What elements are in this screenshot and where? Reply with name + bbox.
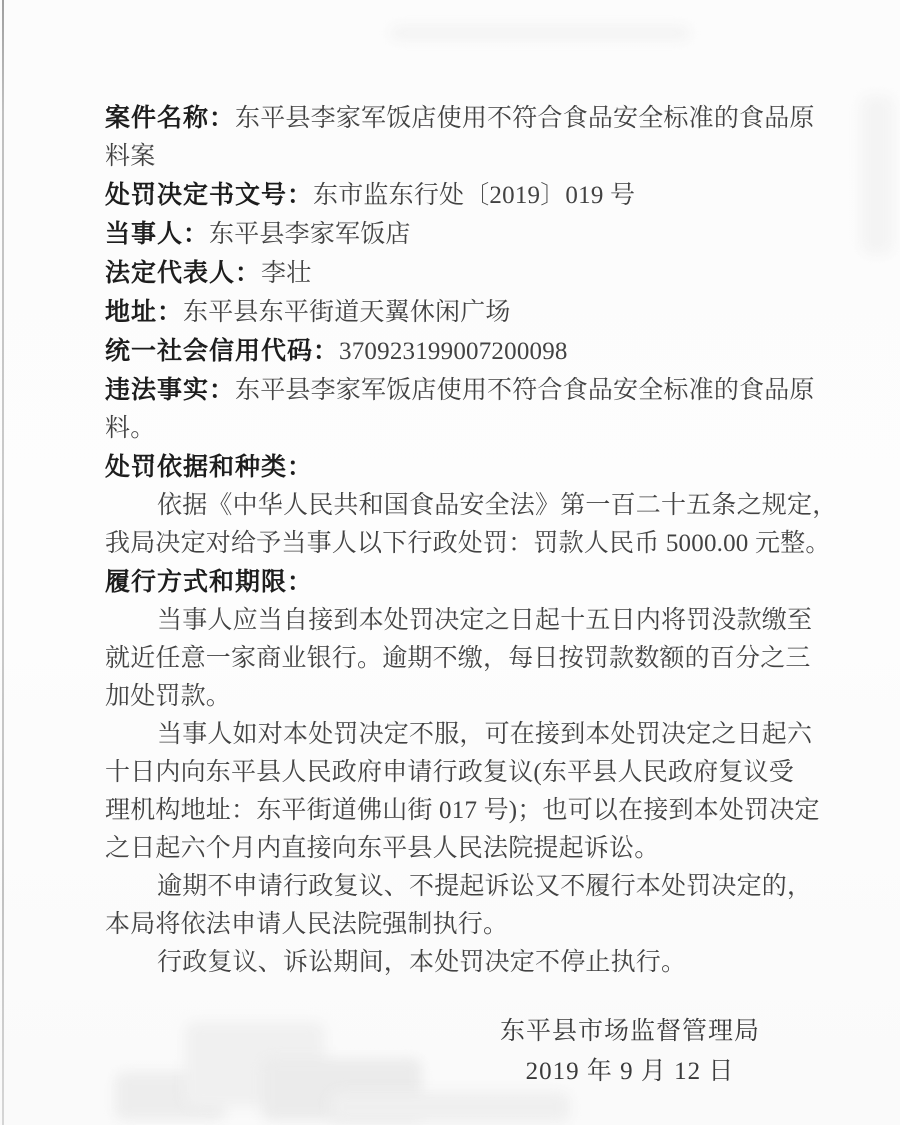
party-value: 东平县李家军饭店: [209, 221, 411, 248]
line-no-suspension: 行政复议、诉讼期间，本处罚决定不停止执行。: [105, 944, 815, 982]
heading-performance: 履行方式和期限：: [105, 563, 815, 602]
line-penalty-basis-2: 我局决定对给予当事人以下行政处罚：罚款人民币 5000.00 元整。: [105, 525, 815, 563]
address-label: 地址：: [105, 298, 183, 326]
document-page: 案件名称：东平县李家军饭店使用不符合食品安全标准的食品原 料案 处罚决定书文号：…: [0, 0, 900, 1125]
line-performance-1: 当事人应当自接到本处罚决定之日起十五日内将罚没款缴至: [105, 602, 815, 640]
decision-date: 2019 年 9 月 12 日: [410, 1052, 850, 1092]
line-legal-representative: 法定代表人：李壮: [105, 254, 815, 293]
line-penalty-basis-1: 依据《中华人民共和国食品安全法》第一百二十五条之规定，: [105, 487, 815, 525]
heading-penalty-basis: 处罚依据和种类：: [105, 448, 815, 487]
decision-number-value: 东市监东行处〔2019〕019 号: [313, 182, 635, 209]
violation-facts-value-continuation: 料。: [105, 415, 155, 442]
penalty-basis-text-2: 我局决定对给予当事人以下行政处罚：罚款人民币 5000.00 元整。: [105, 530, 831, 557]
overdue-text-2: 本局将依法申请人民法院强制执行。: [105, 911, 508, 938]
penalty-basis-text-1: 依据《中华人民共和国食品安全法》第一百二十五条之规定，: [157, 492, 837, 519]
line-performance-2: 就近任意一家商业银行。逾期不缴，每日按罚款数额的百分之三: [105, 640, 815, 678]
line-violation-facts-continuation: 料。: [105, 410, 815, 448]
case-name-label: 案件名称：: [105, 104, 235, 132]
issuing-agency: 东平县市场监督管理局: [410, 1012, 850, 1052]
line-review-rights-4: 之日起六个月内直接向东平县人民法院提起诉讼。: [105, 830, 815, 868]
line-case-name-continuation: 料案: [105, 138, 815, 176]
review-rights-text-4: 之日起六个月内直接向东平县人民法院提起诉讼。: [105, 835, 659, 862]
decision-number-label: 处罚决定书文号：: [105, 181, 313, 209]
credit-code-value: 370923199007200098: [339, 338, 568, 365]
scan-artifact: [860, 95, 894, 255]
review-rights-text-3: 理机构地址：东平街道佛山街 017 号)；也可以在接到本处罚决定: [105, 797, 820, 824]
violation-facts-value: 东平县李家军饭店使用不符合食品安全标准的食品原: [235, 377, 815, 404]
performance-text-3: 加处罚款。: [105, 683, 231, 710]
line-case-name: 案件名称：东平县李家军饭店使用不符合食品安全标准的食品原: [105, 99, 815, 138]
no-suspension-text: 行政复议、诉讼期间，本处罚决定不停止执行。: [157, 949, 686, 976]
line-review-rights-1: 当事人如对本处罚决定不服，可在接到本处罚决定之日起六: [105, 716, 815, 754]
line-decision-number: 处罚决定书文号：东市监东行处〔2019〕019 号: [105, 176, 815, 215]
scan-edge-line: [2, 0, 4, 1125]
penalty-basis-heading-label: 处罚依据和种类：: [105, 453, 313, 481]
line-address: 地址：东平县东平街道天翼休闲广场: [105, 293, 815, 332]
violation-facts-label: 违法事实：: [105, 376, 235, 404]
credit-code-label: 统一社会信用代码：: [105, 337, 339, 365]
line-party: 当事人：东平县李家军饭店: [105, 215, 815, 254]
line-credit-code: 统一社会信用代码：370923199007200098: [105, 332, 815, 371]
performance-heading-label: 履行方式和期限：: [105, 568, 313, 596]
legal-representative-label: 法定代表人：: [105, 259, 261, 287]
line-review-rights-3: 理机构地址：东平街道佛山街 017 号)；也可以在接到本处罚决定: [105, 792, 815, 830]
line-overdue-1: 逾期不申请行政复议、不提起诉讼又不履行本处罚决定的，: [105, 868, 815, 906]
line-violation-facts: 违法事实：东平县李家军饭店使用不符合食品安全标准的食品原: [105, 371, 815, 410]
scan-artifact: [330, 1092, 570, 1122]
address-value: 东平县东平街道天翼休闲广场: [183, 299, 511, 326]
case-name-value: 东平县李家军饭店使用不符合食品安全标准的食品原: [235, 105, 815, 132]
scan-artifact: [390, 26, 690, 40]
document-body: 案件名称：东平县李家军饭店使用不符合食品安全标准的食品原 料案 处罚决定书文号：…: [105, 99, 815, 1092]
performance-text-2: 就近任意一家商业银行。逾期不缴，每日按罚款数额的百分之三: [105, 645, 811, 672]
legal-representative-value: 李壮: [261, 260, 311, 287]
line-performance-3: 加处罚款。: [105, 678, 815, 716]
signature-block: 东平县市场监督管理局 2019 年 9 月 12 日: [410, 1012, 850, 1092]
line-overdue-2: 本局将依法申请人民法院强制执行。: [105, 906, 815, 944]
party-label: 当事人：: [105, 220, 209, 248]
overdue-text-1: 逾期不申请行政复议、不提起诉讼又不履行本处罚决定的，: [157, 873, 812, 900]
review-rights-text-2: 十日内向东平县人民政府申请行政复议(东平县人民政府复议受: [105, 759, 794, 786]
performance-text-1: 当事人应当自接到本处罚决定之日起十五日内将罚没款缴至: [157, 607, 812, 634]
review-rights-text-1: 当事人如对本处罚决定不服，可在接到本处罚决定之日起六: [157, 721, 812, 748]
case-name-value-continuation: 料案: [105, 143, 155, 170]
line-review-rights-2: 十日内向东平县人民政府申请行政复议(东平县人民政府复议受: [105, 754, 815, 792]
